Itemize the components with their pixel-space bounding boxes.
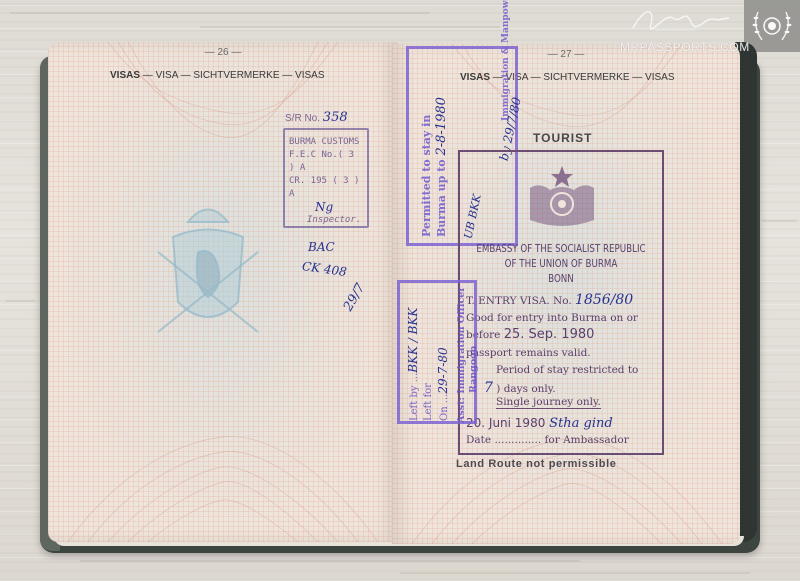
permit-text: Permitted to stay in Burma up to 2-8-198… [419, 97, 449, 237]
permit-line: Permitted to stay in [419, 97, 434, 237]
officer-line: Rangoon [468, 287, 480, 423]
wood-grain [80, 560, 580, 562]
date-label: Date [466, 434, 491, 446]
visa-number-line: T. ENTRY VISA. No. 1856/80 [466, 292, 633, 308]
valid-before-date: 25. Sep. 1980 [504, 327, 595, 342]
embassy-title-line: EMBASSY OF THE SOCIALIST REPUBLIC [468, 242, 654, 257]
officer-line: Asst: Immigration Officer [456, 287, 468, 423]
burma-state-seal-icon [520, 164, 604, 232]
page-number: — 26 — [48, 47, 398, 58]
ambassador-signature: Stha gind [549, 416, 613, 431]
header-languages: — VISA — SICHTVERMERKE — VISAS [140, 70, 325, 81]
date-ambassador-line: Date .............. for Ambassador [466, 434, 629, 446]
wood-grain [5, 300, 35, 302]
good-for-entry: Good for entry into Burma on or [466, 312, 638, 324]
departure-stamp: Left by ...BKK / BKK Left for On ...29-7… [397, 280, 477, 424]
signature-icon [625, 4, 735, 34]
serial-value: 358 [323, 110, 348, 125]
inspector-label: Inspector. [289, 214, 363, 227]
tourist-label: TOURIST [533, 131, 592, 145]
customs-line: BURMA CUSTOMS [289, 136, 363, 149]
days-value: 7 [484, 380, 493, 396]
serial-label: S/R No. [285, 113, 320, 124]
customs-initials: Ng [289, 201, 363, 214]
customs-line: F.E.C No.( 3 ) A [289, 149, 363, 175]
permit-line: Burma up to [435, 159, 448, 237]
handwritten-note: BAC [308, 240, 335, 254]
belgian-coat-of-arms-icon [153, 192, 263, 352]
left-by-value: BKK / BKK [406, 308, 420, 373]
embassy-visa-stamp: EMBASSY OF THE SOCIALIST REPUBLIC OF THE… [458, 150, 664, 455]
left-for-label: Left for [422, 308, 436, 421]
header-visas: VISAS [110, 70, 140, 81]
burma-customs-stamp: BURMA CUSTOMS F.E.C No.( 3 ) A CR. 195 (… [283, 128, 369, 228]
departure-date: 29-7-80 [436, 347, 450, 393]
land-route-note: Land Route not permissible [456, 458, 616, 470]
embassy-title: EMBASSY OF THE SOCIALIST REPUBLIC OF THE… [468, 242, 654, 287]
single-journey: Single journey only. [496, 396, 601, 409]
permit-date: 2-8-1980 [434, 97, 449, 155]
wood-grain [762, 220, 797, 222]
wood-grain [400, 572, 750, 574]
departure-lines: Left by ...BKK / BKK Left for On ...29-7… [406, 308, 452, 421]
watermark-site: MRPASSPORTS.COM [620, 40, 750, 54]
embassy-title-line: OF THE UNION OF BURMA [468, 257, 654, 272]
visa-number: 1856/80 [575, 292, 633, 308]
immigration-officer-text: Asst: Immigration Officer Rangoon [456, 287, 480, 423]
passport-valid: passport remains valid. [466, 347, 591, 359]
serial-number-line: S/R No. 358 [285, 110, 348, 125]
days-only: ) days only. [496, 383, 555, 395]
laurel-lion-crest-icon [744, 0, 800, 52]
on-label: On [439, 406, 450, 421]
embassy-title-line: BONN [468, 272, 654, 287]
before-line: before 25. Sep. 1980 [466, 327, 594, 342]
left-by-label: Left by [409, 385, 420, 421]
days-line: 7 ) days only. [484, 380, 556, 396]
customs-line: CR. 195 ( 3 ) A [289, 175, 363, 201]
visa-page-header: VISAS — VISA — SICHTVERMERKE — VISAS [110, 70, 325, 81]
period-of-stay: Period of stay restricted to [496, 364, 638, 376]
issue-date-line: 20. Juni 1980 Stha gind [466, 416, 613, 431]
for-ambassador: for Ambassador [545, 434, 629, 446]
wood-grain [10, 12, 430, 14]
wood-grain [200, 26, 500, 28]
visa-number-label: T. ENTRY VISA. No. [466, 295, 572, 307]
